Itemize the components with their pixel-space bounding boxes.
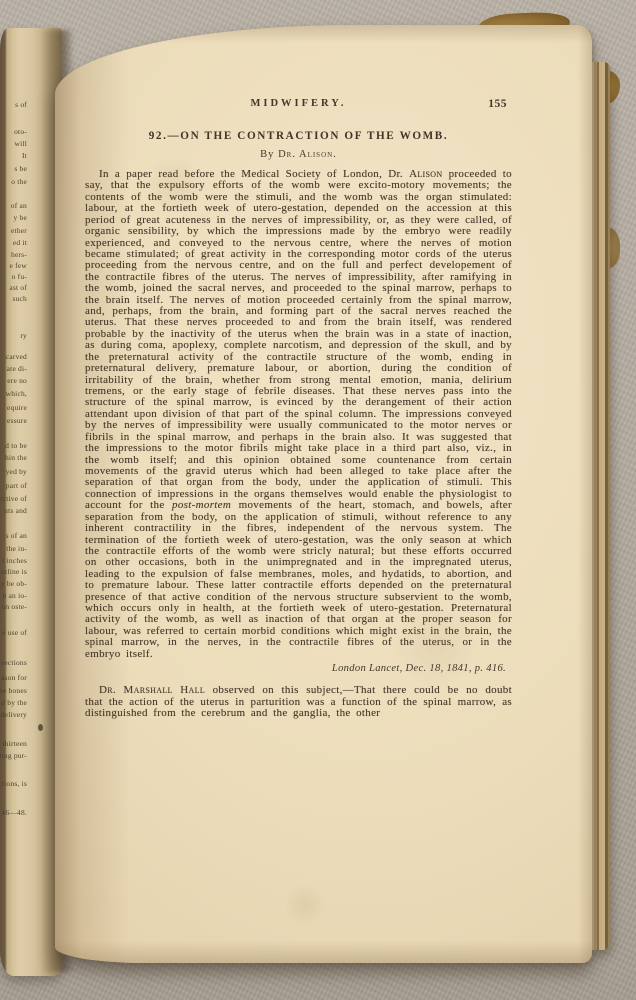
text-fragment: y be ob- [1,579,27,588]
text-fragment: s be [14,164,27,173]
text-fragment: d by the [1,698,27,707]
page-number: 155 [488,98,507,110]
text-fragment: ting pur- [0,751,27,760]
text-fragment: e use of [2,628,27,637]
text-fragment: on oste- [1,602,27,611]
text-fragment: . 46—48. [0,808,27,817]
text-fragment: the in- [6,544,27,553]
text-fragment: thirteen [2,739,27,748]
text-fragment: y be [13,213,27,222]
text-fragment: d to be [5,441,27,450]
text-fragment: oto- [14,127,27,136]
text-fragment: hin the [5,453,27,462]
text-fragment: It [22,151,27,160]
article-byline: By Dr. Alison. [85,149,512,160]
text-fragment: e few [10,261,27,270]
text-fragment: carved [6,352,27,361]
text-fragment: t inches [2,556,27,565]
article-title: 92.—ON THE CONTRACTION OF THE WOMB. [85,130,512,142]
text-fragment: ctions, is [0,779,27,788]
text-fragment: ast of [9,283,27,292]
text-fragment: delivery [1,710,27,719]
text-fragment: equire [7,403,27,412]
text-fragment: o fu- [12,272,27,281]
text-fragment: ate di- [7,364,27,373]
text-fragment: sections [1,658,27,667]
text-fragment: ective of [0,494,27,503]
text-fragment: of an [11,201,27,210]
text-fragment: yed by [6,467,27,476]
text-fragment: nts and [4,506,27,515]
text-fragment: part of [6,481,27,490]
text-fragment: ether [11,226,27,235]
article-second-paragraph: Dr. Marshall Hall observed on this subje… [85,685,512,719]
text-fragment: which, [6,389,27,398]
text-fragment: s of an [6,531,27,540]
photo-background: s ofoto-willIts beo theof any beethered … [0,0,636,1000]
article-body-paragraph: In a paper read before the Medical Socie… [85,169,512,660]
source-citation: London Lancet, Dec. 18, 1841, p. 416. [85,663,512,674]
running-head: MIDWIFERY. [250,98,346,109]
text-fragment: o the [11,177,27,186]
text-fragment: such [12,294,27,303]
text-fragment: essure [7,416,27,425]
text-fragment: he bones [0,686,27,695]
facing-page-text-fragments: s ofoto-willIts beo theof any beethered … [0,0,30,1000]
text-fragment: s of [15,100,27,109]
text-fragment: ed it [13,238,27,247]
text-fragment: ason for [1,673,27,682]
running-head-row: MIDWIFERY. 155 [85,98,512,109]
book-page: MIDWIFERY. 155 92.—ON THE CONTRACTION OF… [55,25,592,963]
text-fragment: will [15,139,27,148]
text-fragment: ry [20,331,27,340]
text-fragment: hers- [11,250,27,259]
printed-text-block: MIDWIFERY. 155 92.—ON THE CONTRACTION OF… [85,98,512,719]
text-fragment: h an io- [2,591,27,600]
text-fragment: utline is [1,567,27,576]
text-fragment: ere no [7,376,27,385]
